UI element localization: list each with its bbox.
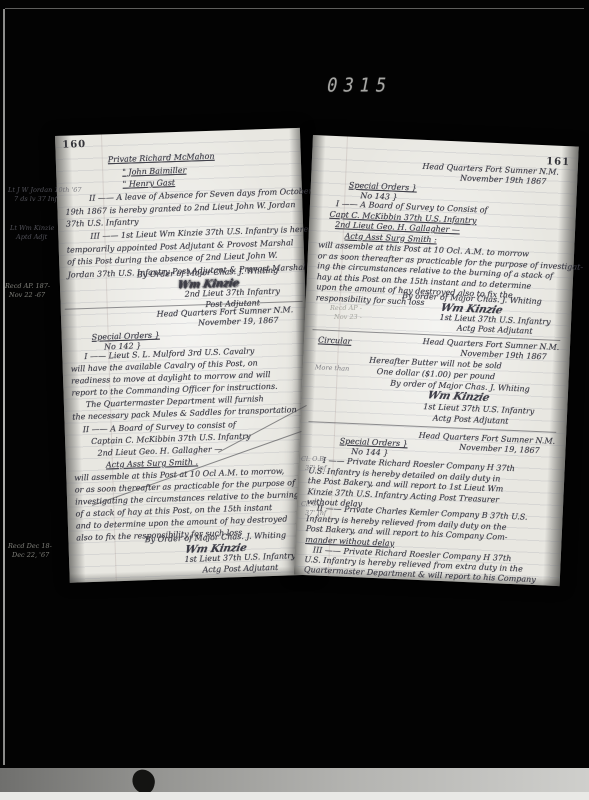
handwritten-line: Recd AP. 187- xyxy=(5,282,50,291)
page-number-left: 160 xyxy=(62,139,86,151)
names-list: Private Richard McMahon" John Baimiller"… xyxy=(108,148,285,191)
bottom-white-band xyxy=(0,792,589,800)
margin-note: Lt Wm KinzieAptd Adjt xyxy=(10,224,54,242)
handwritten-line: Recd Dec 18- xyxy=(8,542,52,551)
signoff: By Order of Major Chas. J. WhitingWm Kin… xyxy=(120,530,311,578)
photo-frame-top-edge xyxy=(5,8,584,9)
microfilm-scan: 0315 160 Private Richard McMahon" John B… xyxy=(0,0,589,800)
order-label: Special Orders }No 144 } xyxy=(339,436,408,458)
page-left-content: Private Richard McMahon" John Baimiller"… xyxy=(55,128,300,136)
handwritten-line: Aptd Adjt xyxy=(10,233,54,242)
margin-note: More than xyxy=(315,363,350,373)
ledger-page-right: 161 Head Quarters Fort Sumner N.M.Novemb… xyxy=(294,135,579,586)
circular-body: Hereafter Butter will not be soldOne dol… xyxy=(367,355,560,429)
page-right-content: Head Quarters Fort Sumner N.M.November 1… xyxy=(313,135,579,147)
copy-table-strip xyxy=(0,768,589,792)
ledger-page-left: 160 Private Richard McMahon" John Baimil… xyxy=(55,128,315,583)
film-frame-number: 0315 xyxy=(325,75,394,97)
handwritten-line: Nov 22 -67 xyxy=(5,291,50,300)
handwritten-line: Circular xyxy=(318,335,352,346)
received-note: Recd AP. 187-Nov 22 -67 xyxy=(5,282,50,300)
order-142-entry-1: I —— Lieut S. L. Mulford 3rd U.S. Cavalr… xyxy=(70,344,308,424)
handwritten-line: More than xyxy=(315,363,350,373)
handwritten-line: Dec 22, '67 xyxy=(8,551,52,560)
photo-frame-left-edge xyxy=(3,9,5,765)
order-heading: Head Quarters Fort Sumner N.M.November 1… xyxy=(149,305,302,330)
order-heading: Head Quarters Fort Sumner N.M.November 1… xyxy=(411,431,562,457)
handwritten-line: Lt Wm Kinzie xyxy=(10,224,54,233)
signoff: By order of Major Chas. J. WhitingWm Kin… xyxy=(383,290,561,338)
order-142-entry-2: II —— A Board of Survey to consist ofCap… xyxy=(73,417,313,545)
circular-label: Circular xyxy=(318,335,352,346)
received-note: Recd Dec 18-Dec 22, '67 xyxy=(8,542,52,560)
